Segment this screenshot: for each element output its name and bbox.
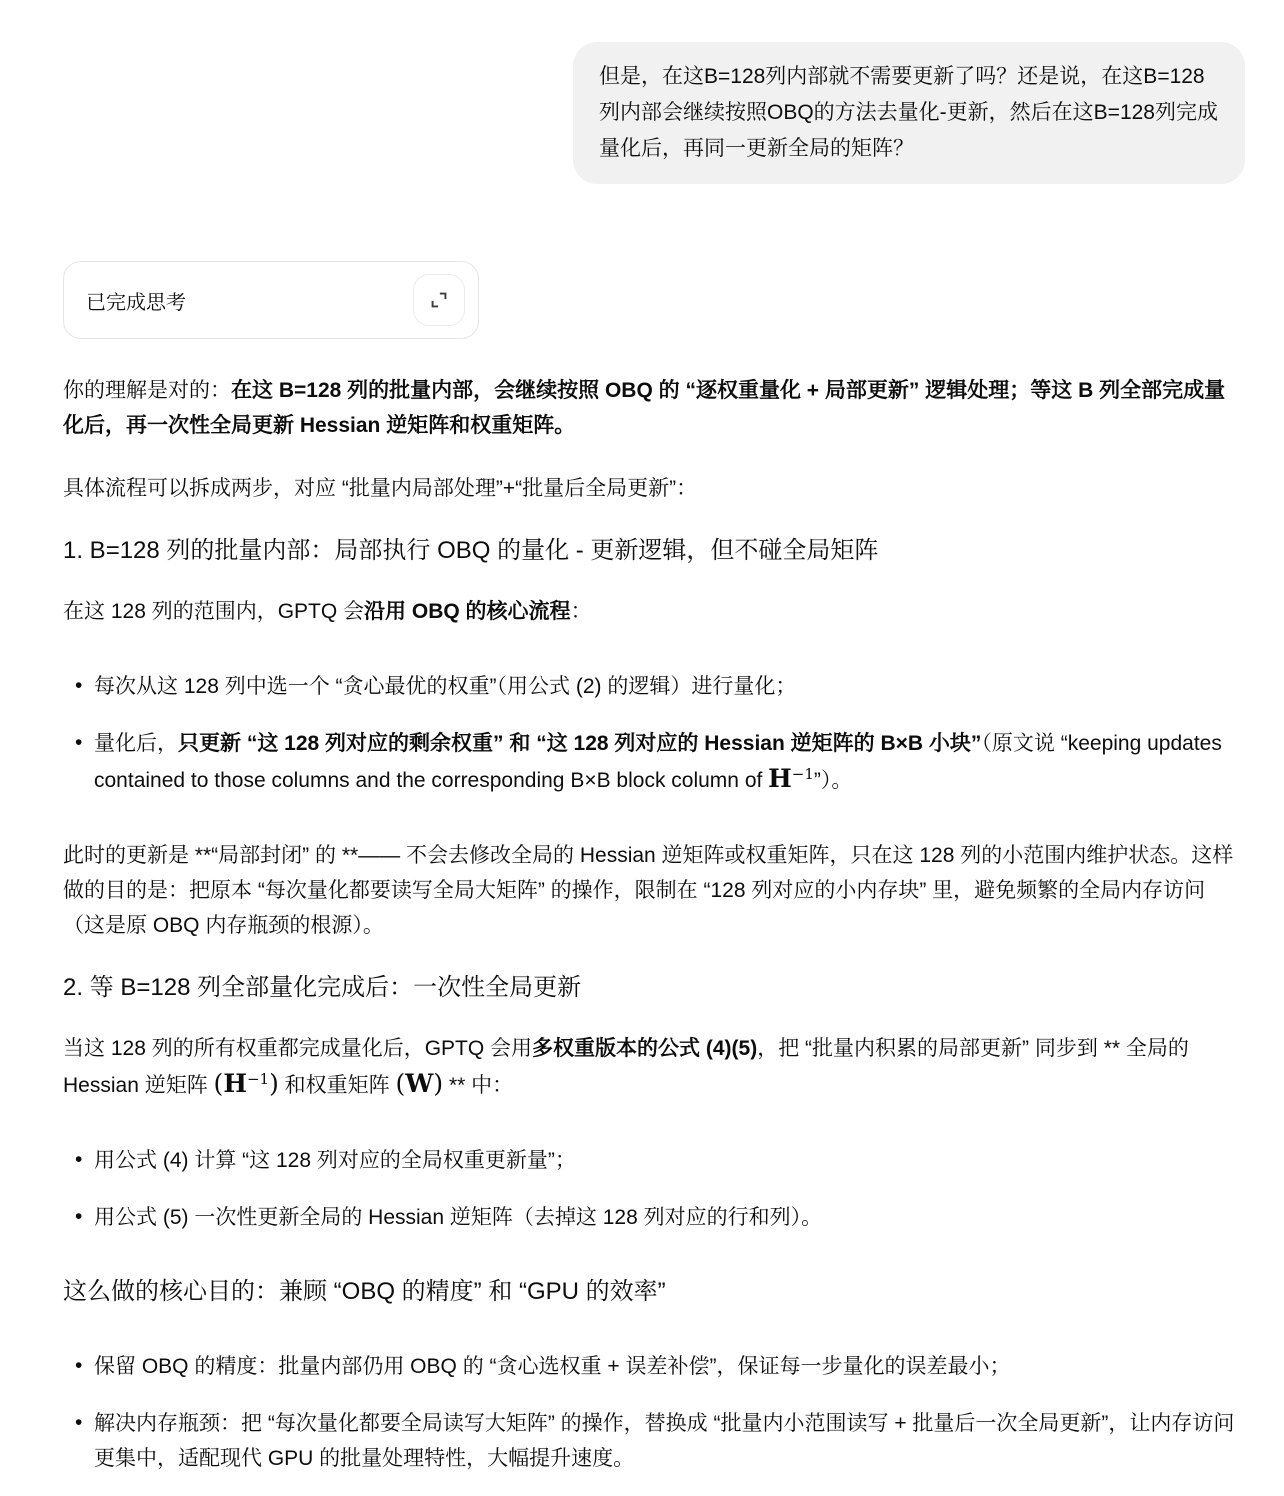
text: 和权重矩阵 bbox=[279, 1074, 396, 1097]
text: 用公式 (5) 一次性更新全局的 Hessian 逆矩阵（去掉这 128 列对应… bbox=[94, 1206, 822, 1229]
math-symbol: (W) bbox=[396, 1069, 444, 1098]
text: 每次从这 128 列中选一个 “贪心最优的权重”（用公式 (2) 的逻辑）进行量… bbox=[94, 675, 796, 698]
chat-page: 但是，在这B=128列内部就不需要更新了吗？还是说，在这B=128列内部会继续按… bbox=[0, 0, 1284, 1496]
text: 在这 128 列的范围内，GPTQ 会 bbox=[63, 600, 364, 623]
list-item: 每次从这 128 列中选一个 “贪心最优的权重”（用公式 (2) 的逻辑）进行量… bbox=[94, 669, 1245, 704]
expand-icon bbox=[428, 289, 450, 311]
text: 量化后， bbox=[94, 732, 178, 755]
list-item: 用公式 (5) 一次性更新全局的 Hessian 逆矩阵（去掉这 128 列对应… bbox=[94, 1200, 1245, 1235]
list-item: 保留 OBQ 的精度：批量内部仍用 OBQ 的 “贪心选权重 + 误差补偿”，保… bbox=[94, 1349, 1245, 1384]
list-item: 用公式 (4) 计算 “这 128 列对应的全局权重更新量”； bbox=[94, 1143, 1245, 1178]
section-heading: 2. 等 B=128 列全部量化完成后：一次性全局更新 bbox=[63, 971, 1245, 1005]
bold-text: 在这 B=128 列的批量内部，会继续按照 OBQ 的 “逐权重量化 + 局部更… bbox=[63, 379, 1225, 437]
text: 保留 OBQ 的精度：批量内部仍用 OBQ 的 “贪心选权重 + 误差补偿”，保… bbox=[94, 1355, 1010, 1378]
text: 你的理解是对的： bbox=[63, 379, 231, 402]
text: 2. 等 B=128 列全部量化完成后：一次性全局更新 bbox=[63, 974, 581, 1001]
bullet-list: 用公式 (4) 计算 “这 128 列对应的全局权重更新量”；用公式 (5) 一… bbox=[63, 1143, 1245, 1235]
list-item: 解决内存瓶颈：把 “每次量化都要全局读写大矩阵” 的操作，替换成 “批量内小范围… bbox=[94, 1406, 1245, 1476]
bold-text: 只更新 “这 128 列对应的剩余权重” 和 “这 128 列对应的 Hessi… bbox=[178, 732, 981, 755]
bullet-list: 每次从这 128 列中选一个 “贪心最优的权重”（用公式 (2) 的逻辑）进行量… bbox=[63, 669, 1245, 798]
bold-text: 多权重版本的公式 (4)(5) bbox=[532, 1037, 757, 1060]
math-symbol: (H−1) bbox=[214, 1069, 279, 1098]
text: 具体流程可以拆成两步，对应 “批量内局部处理”+“批量后全局更新”： bbox=[63, 477, 697, 500]
paragraph: 具体流程可以拆成两步，对应 “批量内局部处理”+“批量后全局更新”： bbox=[63, 471, 1245, 506]
text: 用公式 (4) 计算 “这 128 列对应的全局权重更新量”； bbox=[94, 1149, 576, 1172]
list-item: 量化后，只更新 “这 128 列对应的剩余权重” 和 “这 128 列对应的 H… bbox=[94, 726, 1245, 798]
paragraph: 此时的更新是 **“局部封闭” 的 **—— 不会去修改全局的 Hessian … bbox=[63, 838, 1245, 943]
paragraph: 你的理解是对的：在这 B=128 列的批量内部，会继续按照 OBQ 的 “逐权重… bbox=[63, 373, 1245, 443]
text: 这么做的核心目的：兼顾 “OBQ 的精度” 和 “GPU 的效率” bbox=[63, 1278, 666, 1305]
bullet-list: 保留 OBQ 的精度：批量内部仍用 OBQ 的 “贪心选权重 + 误差补偿”，保… bbox=[63, 1349, 1245, 1476]
expand-thinking-button[interactable] bbox=[413, 274, 465, 326]
bold-text: 沿用 OBQ 的核心流程 bbox=[364, 600, 571, 623]
text: 当这 128 列的所有权重都完成量化后，GPTQ 会用 bbox=[63, 1037, 532, 1060]
thinking-summary-card[interactable]: 已完成思考 bbox=[63, 261, 479, 339]
user-message-bubble: 但是，在这B=128列内部就不需要更新了吗？还是说，在这B=128列内部会继续按… bbox=[573, 42, 1245, 184]
text: ** 中： bbox=[443, 1074, 513, 1097]
text: ”）。 bbox=[814, 769, 853, 792]
paragraph: 当这 128 列的所有权重都完成量化后，GPTQ 会用多权重版本的公式 (4)(… bbox=[63, 1031, 1245, 1103]
text: ： bbox=[571, 600, 592, 623]
user-message-text: 但是，在这B=128列内部就不需要更新了吗？还是说，在这B=128列内部会继续按… bbox=[599, 59, 1219, 167]
thinking-summary-label: 已完成思考 bbox=[86, 286, 186, 315]
section-heading: 这么做的核心目的：兼顾 “OBQ 的精度” 和 “GPU 的效率” bbox=[63, 1275, 1245, 1309]
paragraph: 在这 128 列的范围内，GPTQ 会沿用 OBQ 的核心流程： bbox=[63, 594, 1245, 629]
section-heading: 1. B=128 列的批量内部：局部执行 OBQ 的量化 - 更新逻辑，但不碰全… bbox=[63, 534, 1245, 568]
text: 解决内存瓶颈：把 “每次量化都要全局读写大矩阵” 的操作，替换成 “批量内小范围… bbox=[94, 1412, 1234, 1470]
math-symbol: H−1 bbox=[768, 764, 814, 793]
text: 此时的更新是 **“局部封闭” 的 **—— 不会去修改全局的 Hessian … bbox=[63, 844, 1233, 937]
text: 1. B=128 列的批量内部：局部执行 OBQ 的量化 - 更新逻辑，但不碰全… bbox=[63, 537, 878, 564]
assistant-message: 你的理解是对的：在这 B=128 列的批量内部，会继续按照 OBQ 的 “逐权重… bbox=[63, 373, 1245, 1476]
user-message-row: 但是，在这B=128列内部就不需要更新了吗？还是说，在这B=128列内部会继续按… bbox=[63, 42, 1245, 184]
